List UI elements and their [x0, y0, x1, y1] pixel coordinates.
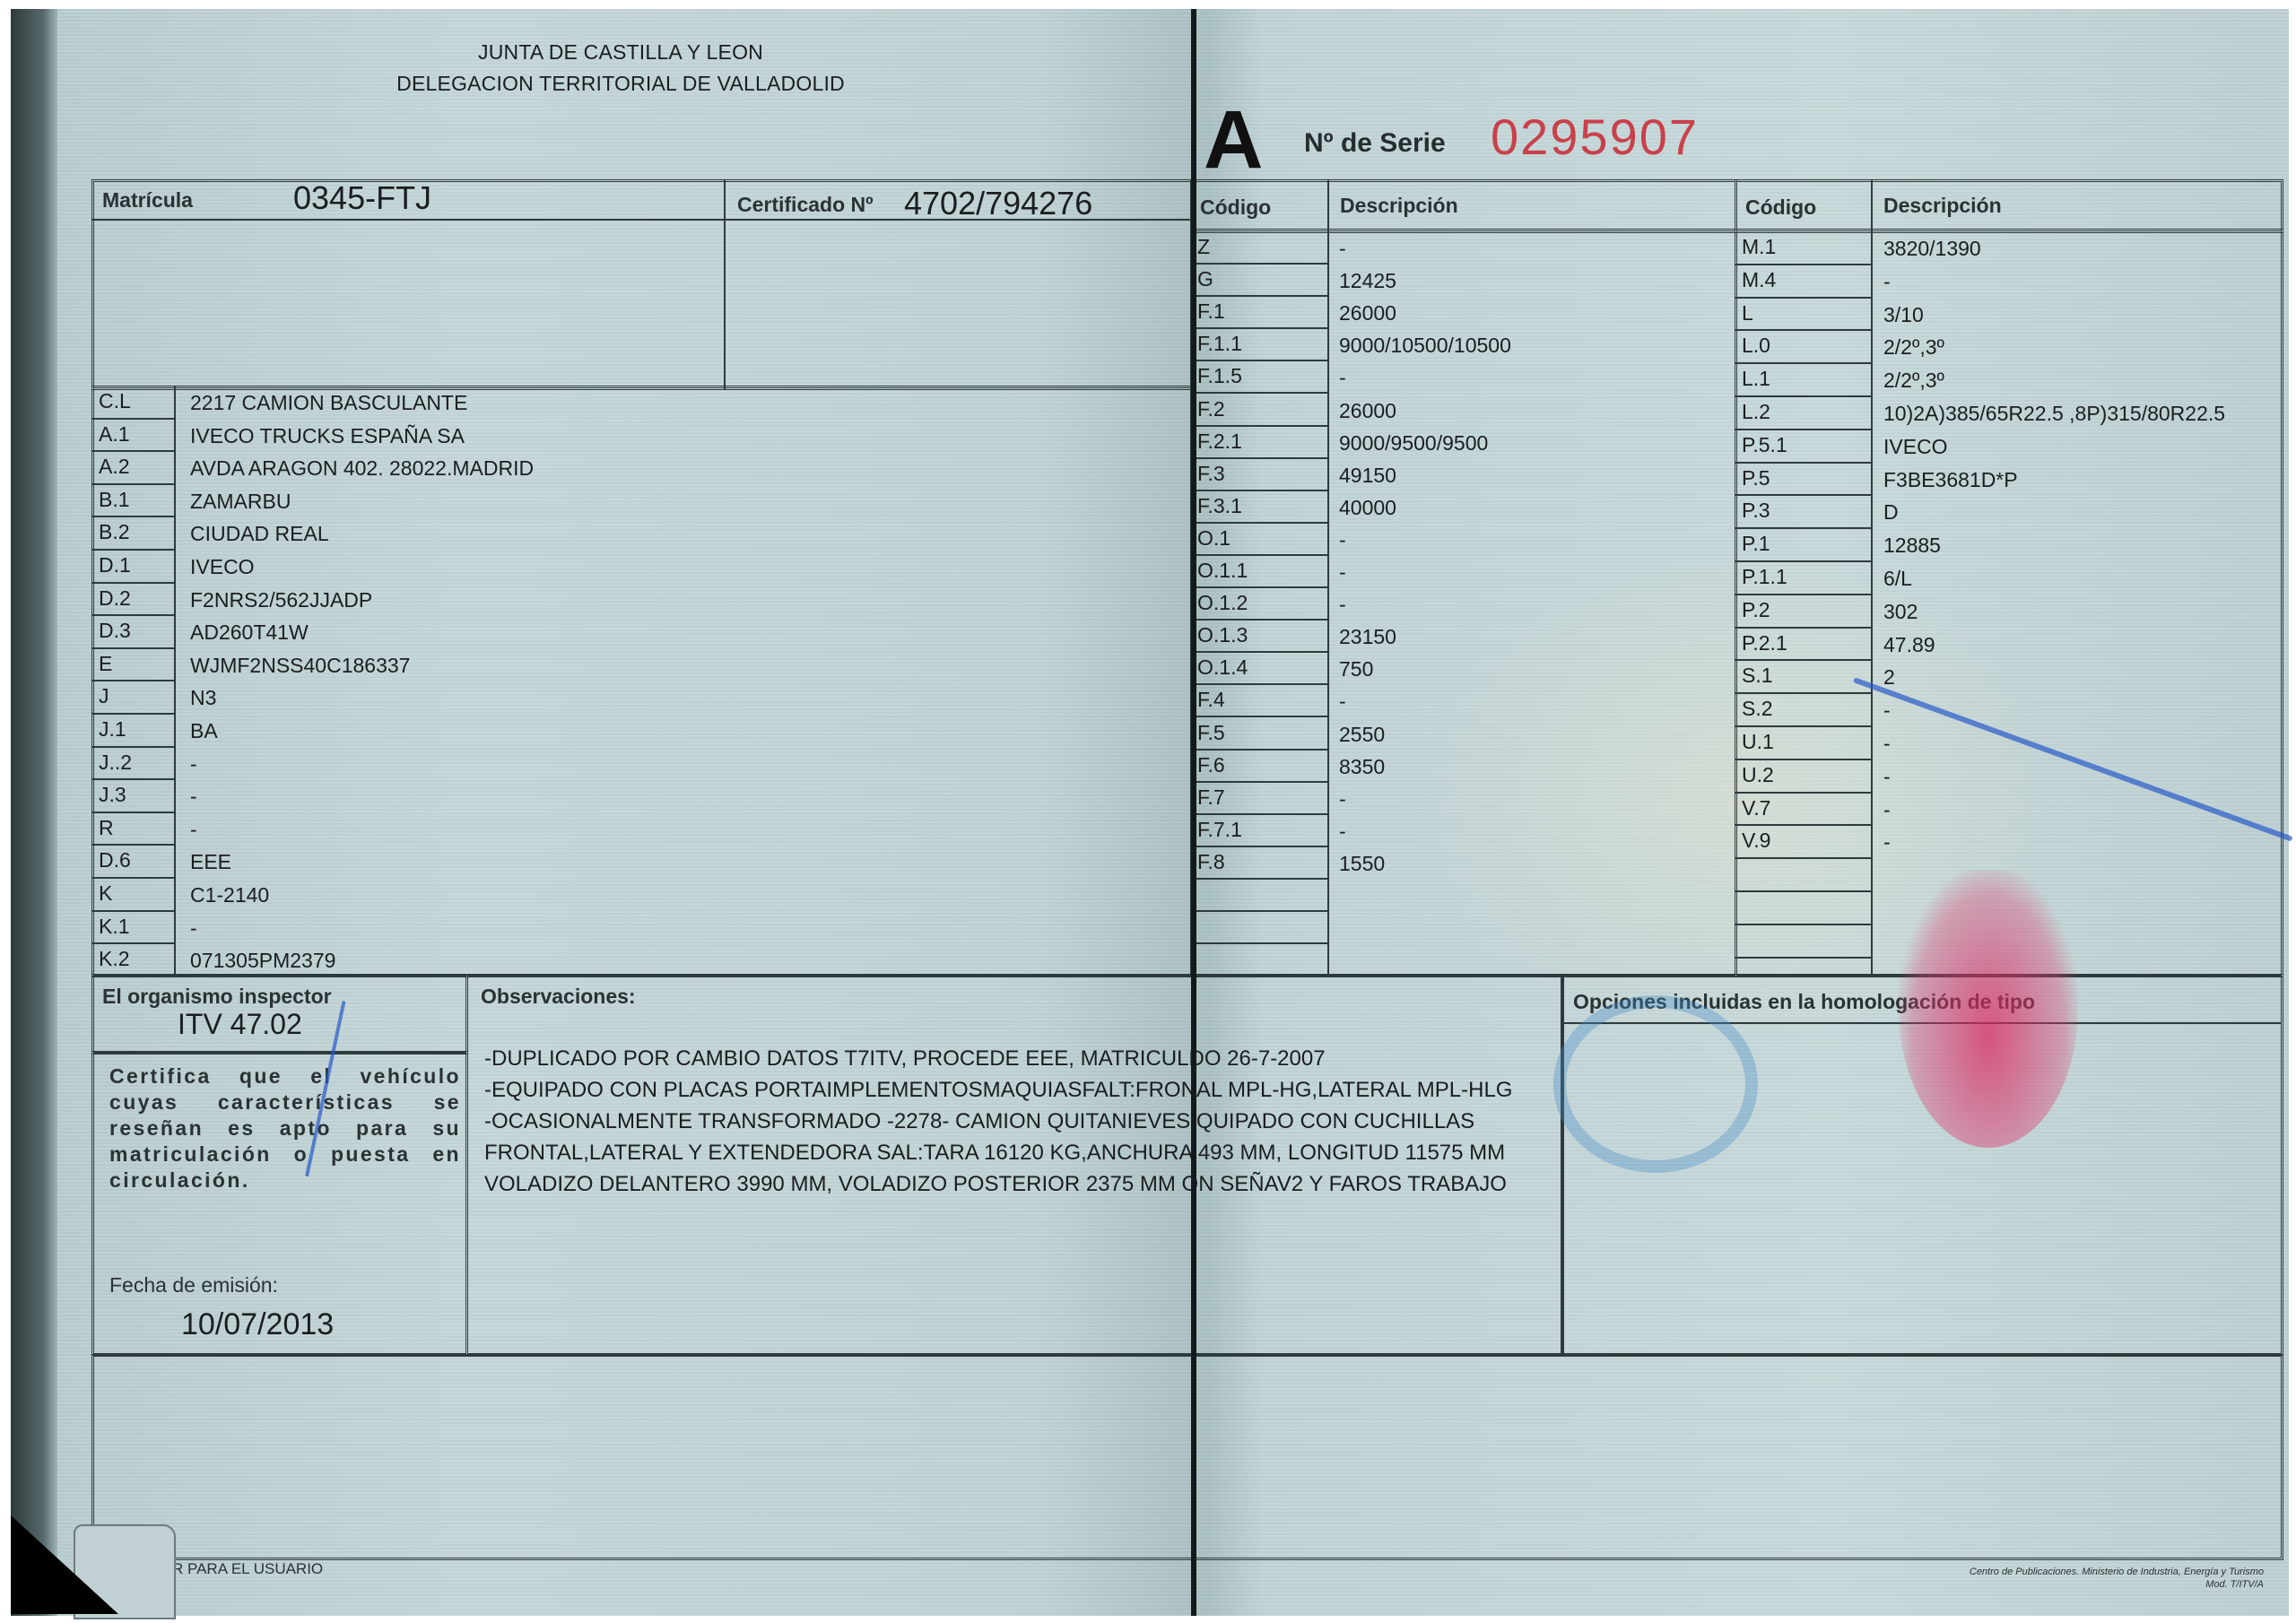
field-value: AVDA ARAGON 402. 28022.MADRID	[190, 456, 534, 481]
inspector-label: El organismo inspector	[102, 985, 332, 1009]
field-value: 9000/10500/10500	[1339, 334, 1511, 358]
field-value: 47.89	[1883, 633, 1935, 657]
field-row: C.L2217 CAMION BASCULANTE	[91, 386, 1195, 419]
field-row: D.2F2NRS2/562JJADP	[91, 583, 1195, 616]
field-code: G	[1197, 267, 1213, 291]
field-value: -	[1339, 366, 1346, 390]
field-row: U.1-	[1735, 726, 2283, 759]
field-row: P.112885	[1735, 528, 2283, 561]
field-row: EWJMF2NSS40C186337	[91, 648, 1195, 681]
field-row: A.2AVDA ARAGON 402. 28022.MADRID	[91, 451, 1195, 484]
right-table-header	[1735, 179, 2283, 233]
field-value: 2/2º,3º	[1883, 369, 1944, 393]
field-code: P.5.1	[1742, 433, 1787, 457]
field-row: L.02/2º,3º	[1735, 330, 2283, 363]
field-code: B.2	[99, 520, 130, 544]
field-value: -	[190, 785, 197, 809]
field-row: F.52550	[1190, 717, 1737, 750]
certificado-value: 4702/794276	[904, 185, 1092, 222]
field-row: J..2-	[91, 747, 1195, 780]
field-value: -	[190, 818, 197, 842]
field-code: Z	[1197, 235, 1210, 259]
field-row: O.1.4750	[1190, 652, 1737, 684]
field-code: P.1	[1742, 532, 1770, 556]
field-row: F.68350	[1190, 750, 1737, 782]
field-value: D	[1883, 500, 1899, 525]
field-row: V.9-	[1735, 825, 2283, 858]
field-row	[1190, 879, 1737, 911]
field-value: 302	[1883, 600, 1918, 624]
fecha-label: Fecha de emisión:	[109, 1273, 278, 1298]
field-row	[1190, 943, 1737, 976]
right-header-description: Descripción	[1883, 194, 2002, 218]
header-junta: JUNTA DE CASTILLA Y LEON	[352, 40, 890, 65]
observacion-line: -EQUIPADO CON PLACAS PORTAIMPLEMENTOSMAQ…	[484, 1074, 1512, 1106]
field-row: L3/10	[1735, 298, 2283, 331]
field-row: O.1.2-	[1190, 587, 1737, 620]
observacion-line: VOLADIZO DELANTERO 3990 MM, VOLADIZO POS…	[484, 1168, 1512, 1200]
field-value: IVECO TRUCKS ESPAÑA SA	[190, 424, 465, 448]
field-row: D.3AD260T41W	[91, 615, 1195, 648]
field-code: L.1	[1742, 367, 1770, 391]
field-code: M.4	[1742, 268, 1776, 292]
field-row: K.2071305PM2379	[91, 943, 1195, 976]
field-row: F.81550	[1190, 846, 1737, 879]
field-row	[1190, 911, 1737, 943]
field-row: G12425	[1190, 264, 1737, 296]
field-code: F.8	[1197, 850, 1225, 874]
field-code: F.2	[1197, 397, 1225, 421]
field-row: F.126000	[1190, 296, 1737, 328]
field-value: ZAMARBU	[190, 490, 291, 514]
field-row: L.210)2A)385/65R22.5 ,8P)315/80R22.5	[1735, 396, 2283, 430]
field-value: 8350	[1339, 755, 1385, 779]
field-code: K	[99, 881, 112, 906]
field-row: F.7.1-	[1190, 814, 1737, 846]
field-value: F2NRS2/562JJADP	[190, 588, 372, 612]
footer-publisher-line2: Mod. T/ITV/A	[1970, 1578, 2264, 1591]
field-code: F.1.5	[1197, 364, 1242, 388]
field-value: 2/2º,3º	[1883, 335, 1944, 360]
row-divider	[1735, 957, 1871, 959]
field-value: -	[1339, 820, 1346, 844]
middle-header-code: Código	[1200, 195, 1271, 220]
field-row: F.1.19000/10500/10500	[1190, 328, 1737, 360]
field-value: 26000	[1339, 301, 1396, 325]
field-row: J.3-	[91, 779, 1195, 812]
field-value: 750	[1339, 657, 1373, 681]
field-value: IVECO	[1883, 435, 1948, 459]
middle-header-description: Descripción	[1340, 194, 1458, 218]
field-code: F.7.1	[1197, 818, 1242, 842]
field-value: -	[1883, 270, 1891, 294]
field-value: 2	[1883, 665, 1895, 690]
field-row: D.6EEE	[91, 845, 1195, 878]
field-code: C.L	[99, 389, 131, 413]
observaciones-label: Observaciones:	[481, 985, 636, 1009]
folded-corner	[11, 1515, 118, 1614]
field-code: U.1	[1742, 730, 1774, 754]
observacion-line: -OCASIONALMENTE TRANSFORMADO -2278- CAMI…	[484, 1106, 1512, 1137]
field-value: 9000/9500/9500	[1339, 431, 1488, 456]
field-code: D.6	[99, 848, 131, 872]
observaciones-text: -DUPLICADO POR CAMBIO DATOS T7ITV, PROCE…	[484, 1043, 1512, 1200]
lower-empty-box	[91, 1354, 2283, 1560]
serie-number: 0295907	[1491, 108, 1699, 166]
left-fields-rows: C.L2217 CAMION BASCULANTEA.1IVECO TRUCKS…	[91, 386, 1195, 977]
field-code: F.3	[1197, 462, 1225, 486]
field-value: CIUDAD REAL	[190, 522, 329, 546]
field-value: -	[1339, 593, 1346, 617]
field-value: 071305PM2379	[190, 949, 335, 973]
field-row: F.7-	[1190, 782, 1737, 814]
observacion-line: FRONTAL,LATERAL Y EXTENDEDORA SAL:TARA 1…	[484, 1137, 1512, 1168]
field-value: 12885	[1883, 534, 1941, 558]
field-code: O.1.1	[1197, 559, 1248, 583]
field-value: -	[1883, 798, 1891, 822]
field-code: F.3.1	[1197, 494, 1242, 518]
field-value: -	[190, 916, 197, 941]
field-code: F.1	[1197, 299, 1225, 324]
field-code: P.2.1	[1742, 631, 1787, 655]
field-row: P.2.147.89	[1735, 628, 2283, 661]
footer-publisher-line1: Centro de Publicaciones. Ministerio de I…	[1970, 1566, 2264, 1578]
field-row: J.1BA	[91, 714, 1195, 747]
field-value: EEE	[190, 850, 231, 874]
field-row: F.2.19000/9500/9500	[1190, 426, 1737, 458]
field-value: C1-2140	[190, 883, 269, 907]
field-value: 26000	[1339, 399, 1396, 423]
field-code: B.1	[99, 488, 130, 512]
middle-table-header	[1190, 179, 1737, 233]
field-value: -	[1339, 787, 1346, 811]
field-code: L	[1742, 301, 1753, 325]
matricula-label: Matrícula	[102, 188, 193, 213]
field-value: 3820/1390	[1883, 237, 1981, 261]
field-row: K.1-	[91, 911, 1195, 944]
field-value: WJMF2NSS40C186337	[190, 654, 410, 678]
field-value: 3/10	[1883, 303, 1924, 327]
field-value: -	[1883, 830, 1891, 855]
field-code: D.3	[99, 619, 131, 643]
blue-stamp	[1553, 995, 1758, 1173]
field-value: -	[1339, 237, 1346, 261]
form-letter: A	[1204, 99, 1263, 181]
field-code: O.1	[1197, 526, 1231, 551]
field-code: J..2	[99, 751, 132, 775]
field-code: F.2.1	[1197, 430, 1242, 454]
field-row: R-	[91, 812, 1195, 846]
vehicle-technical-card: JUNTA DE CASTILLA Y LEON DELEGACION TERR…	[11, 9, 2289, 1616]
field-value: 10)2A)385/65R22.5 ,8P)315/80R22.5	[1883, 402, 2225, 426]
header-delegacion: DELEGACION TERRITORIAL DE VALLADOLID	[352, 72, 890, 96]
field-code: J.1	[99, 717, 126, 742]
field-value: 2217 CAMION BASCULANTE	[190, 391, 467, 415]
field-value: -	[1339, 690, 1346, 714]
field-value: -	[1883, 699, 1891, 723]
matricula-value: 0345-FTJ	[293, 179, 431, 217]
certification-text: Certifica que el vehículo cuyas caracter…	[109, 1063, 461, 1193]
field-value: -	[1883, 765, 1891, 789]
fecha-value: 10/07/2013	[181, 1307, 334, 1342]
field-row: S.12	[1735, 660, 2283, 693]
field-value: 49150	[1339, 464, 1396, 488]
footer-left-text: R PARA EL USUARIO	[172, 1560, 323, 1578]
field-row: M.4-	[1735, 265, 2283, 298]
field-value: -	[190, 752, 197, 777]
field-row: A.1IVECO TRUCKS ESPAÑA SA	[91, 419, 1195, 452]
right-header-code: Código	[1745, 195, 1816, 220]
field-value: 6/L	[1883, 567, 1912, 591]
field-value: -	[1339, 528, 1346, 552]
footer-publisher: Centro de Publicaciones. Ministerio de I…	[1970, 1566, 2264, 1591]
field-row: U.2-	[1735, 759, 2283, 793]
field-row: Z-	[1190, 231, 1737, 264]
field-row: B.1ZAMARBU	[91, 484, 1195, 517]
field-row: M.13820/1390	[1735, 231, 2283, 265]
field-code: A.2	[99, 455, 130, 479]
certificado-label: Certificado Nº	[737, 193, 874, 217]
field-code: R	[99, 816, 114, 840]
field-code: A.1	[99, 422, 130, 447]
field-code: F.7	[1197, 785, 1225, 810]
field-code: F.6	[1197, 753, 1225, 777]
field-code: K.1	[99, 915, 130, 939]
field-code: V.7	[1742, 796, 1770, 820]
field-code: J	[99, 684, 109, 708]
red-stamp	[1899, 870, 2078, 1148]
field-code: P.1.1	[1742, 565, 1787, 589]
field-value: 2550	[1339, 723, 1385, 747]
field-row: P.5.1IVECO	[1735, 430, 2283, 463]
middle-fields-rows: Z-G12425F.126000F.1.19000/10500/10500F.1…	[1190, 231, 1737, 976]
page-fold-spine	[1191, 9, 1196, 1616]
field-row: P.2302	[1735, 595, 2283, 628]
field-row: O.1.323150	[1190, 620, 1737, 652]
field-value: 12425	[1339, 269, 1396, 293]
field-code: D.2	[99, 586, 131, 611]
field-code: S.2	[1742, 697, 1773, 721]
field-code: D.1	[99, 553, 131, 577]
field-row: JN3	[91, 681, 1195, 714]
observacion-line: -DUPLICADO POR CAMBIO DATOS T7ITV, PROCE…	[484, 1043, 1512, 1074]
field-code: U.2	[1742, 763, 1774, 787]
field-code: E	[99, 652, 112, 676]
field-row: F.349150	[1190, 458, 1737, 490]
field-code: F.1.1	[1197, 332, 1242, 356]
field-value: AD260T41W	[190, 621, 309, 645]
field-row: P.5F3BE3681D*P	[1735, 463, 2283, 496]
field-code: P.2	[1742, 598, 1770, 622]
field-code: K.2	[99, 947, 130, 971]
field-value: F3BE3681D*P	[1883, 468, 2018, 492]
field-row: P.1.1 6/L	[1735, 561, 2283, 595]
field-row: F.3.140000	[1190, 490, 1737, 523]
field-code: P.5	[1742, 466, 1770, 490]
field-row: D.1IVECO	[91, 550, 1195, 583]
field-code: J.3	[99, 783, 126, 807]
field-row: F.4-	[1190, 684, 1737, 716]
field-row: F.226000	[1190, 394, 1737, 426]
field-row: P.3D	[1735, 495, 2283, 528]
field-code: O.1.4	[1197, 655, 1248, 680]
field-row: O.1-	[1190, 523, 1737, 555]
field-value: BA	[190, 719, 218, 743]
field-code: O.1.2	[1197, 591, 1248, 615]
field-code: V.9	[1742, 829, 1770, 853]
field-code: F.4	[1197, 688, 1225, 712]
field-value: 1550	[1339, 852, 1385, 876]
field-code: S.1	[1742, 664, 1773, 688]
field-code: L.2	[1742, 400, 1770, 424]
field-code: F.5	[1197, 721, 1225, 745]
field-row: F.1.5-	[1190, 360, 1737, 393]
field-value: N3	[190, 686, 216, 710]
field-row: L.12/2º,3º	[1735, 363, 2283, 396]
serie-label: Nº de Serie	[1304, 128, 1446, 159]
field-code: M.1	[1742, 235, 1776, 259]
right-fields-rows: M.13820/1390M.4-L3/10L.02/2º,3ºL.12/2º,3…	[1735, 231, 2283, 976]
field-value: -	[1339, 560, 1346, 585]
inspector-value: ITV 47.02	[178, 1008, 302, 1041]
field-value: IVECO	[190, 555, 255, 579]
scan-edge-shadow	[11, 9, 57, 1616]
field-row: S.2-	[1735, 693, 2283, 726]
field-value: -	[1883, 732, 1891, 756]
field-code: P.3	[1742, 499, 1770, 523]
field-row: O.1.1-	[1190, 555, 1737, 587]
field-value: 40000	[1339, 496, 1396, 520]
field-value: 23150	[1339, 625, 1396, 649]
field-row: KC1-2140	[91, 878, 1195, 911]
field-code: O.1.3	[1197, 623, 1248, 647]
field-row: B.2CIUDAD REAL	[91, 516, 1195, 550]
field-code: L.0	[1742, 334, 1770, 358]
